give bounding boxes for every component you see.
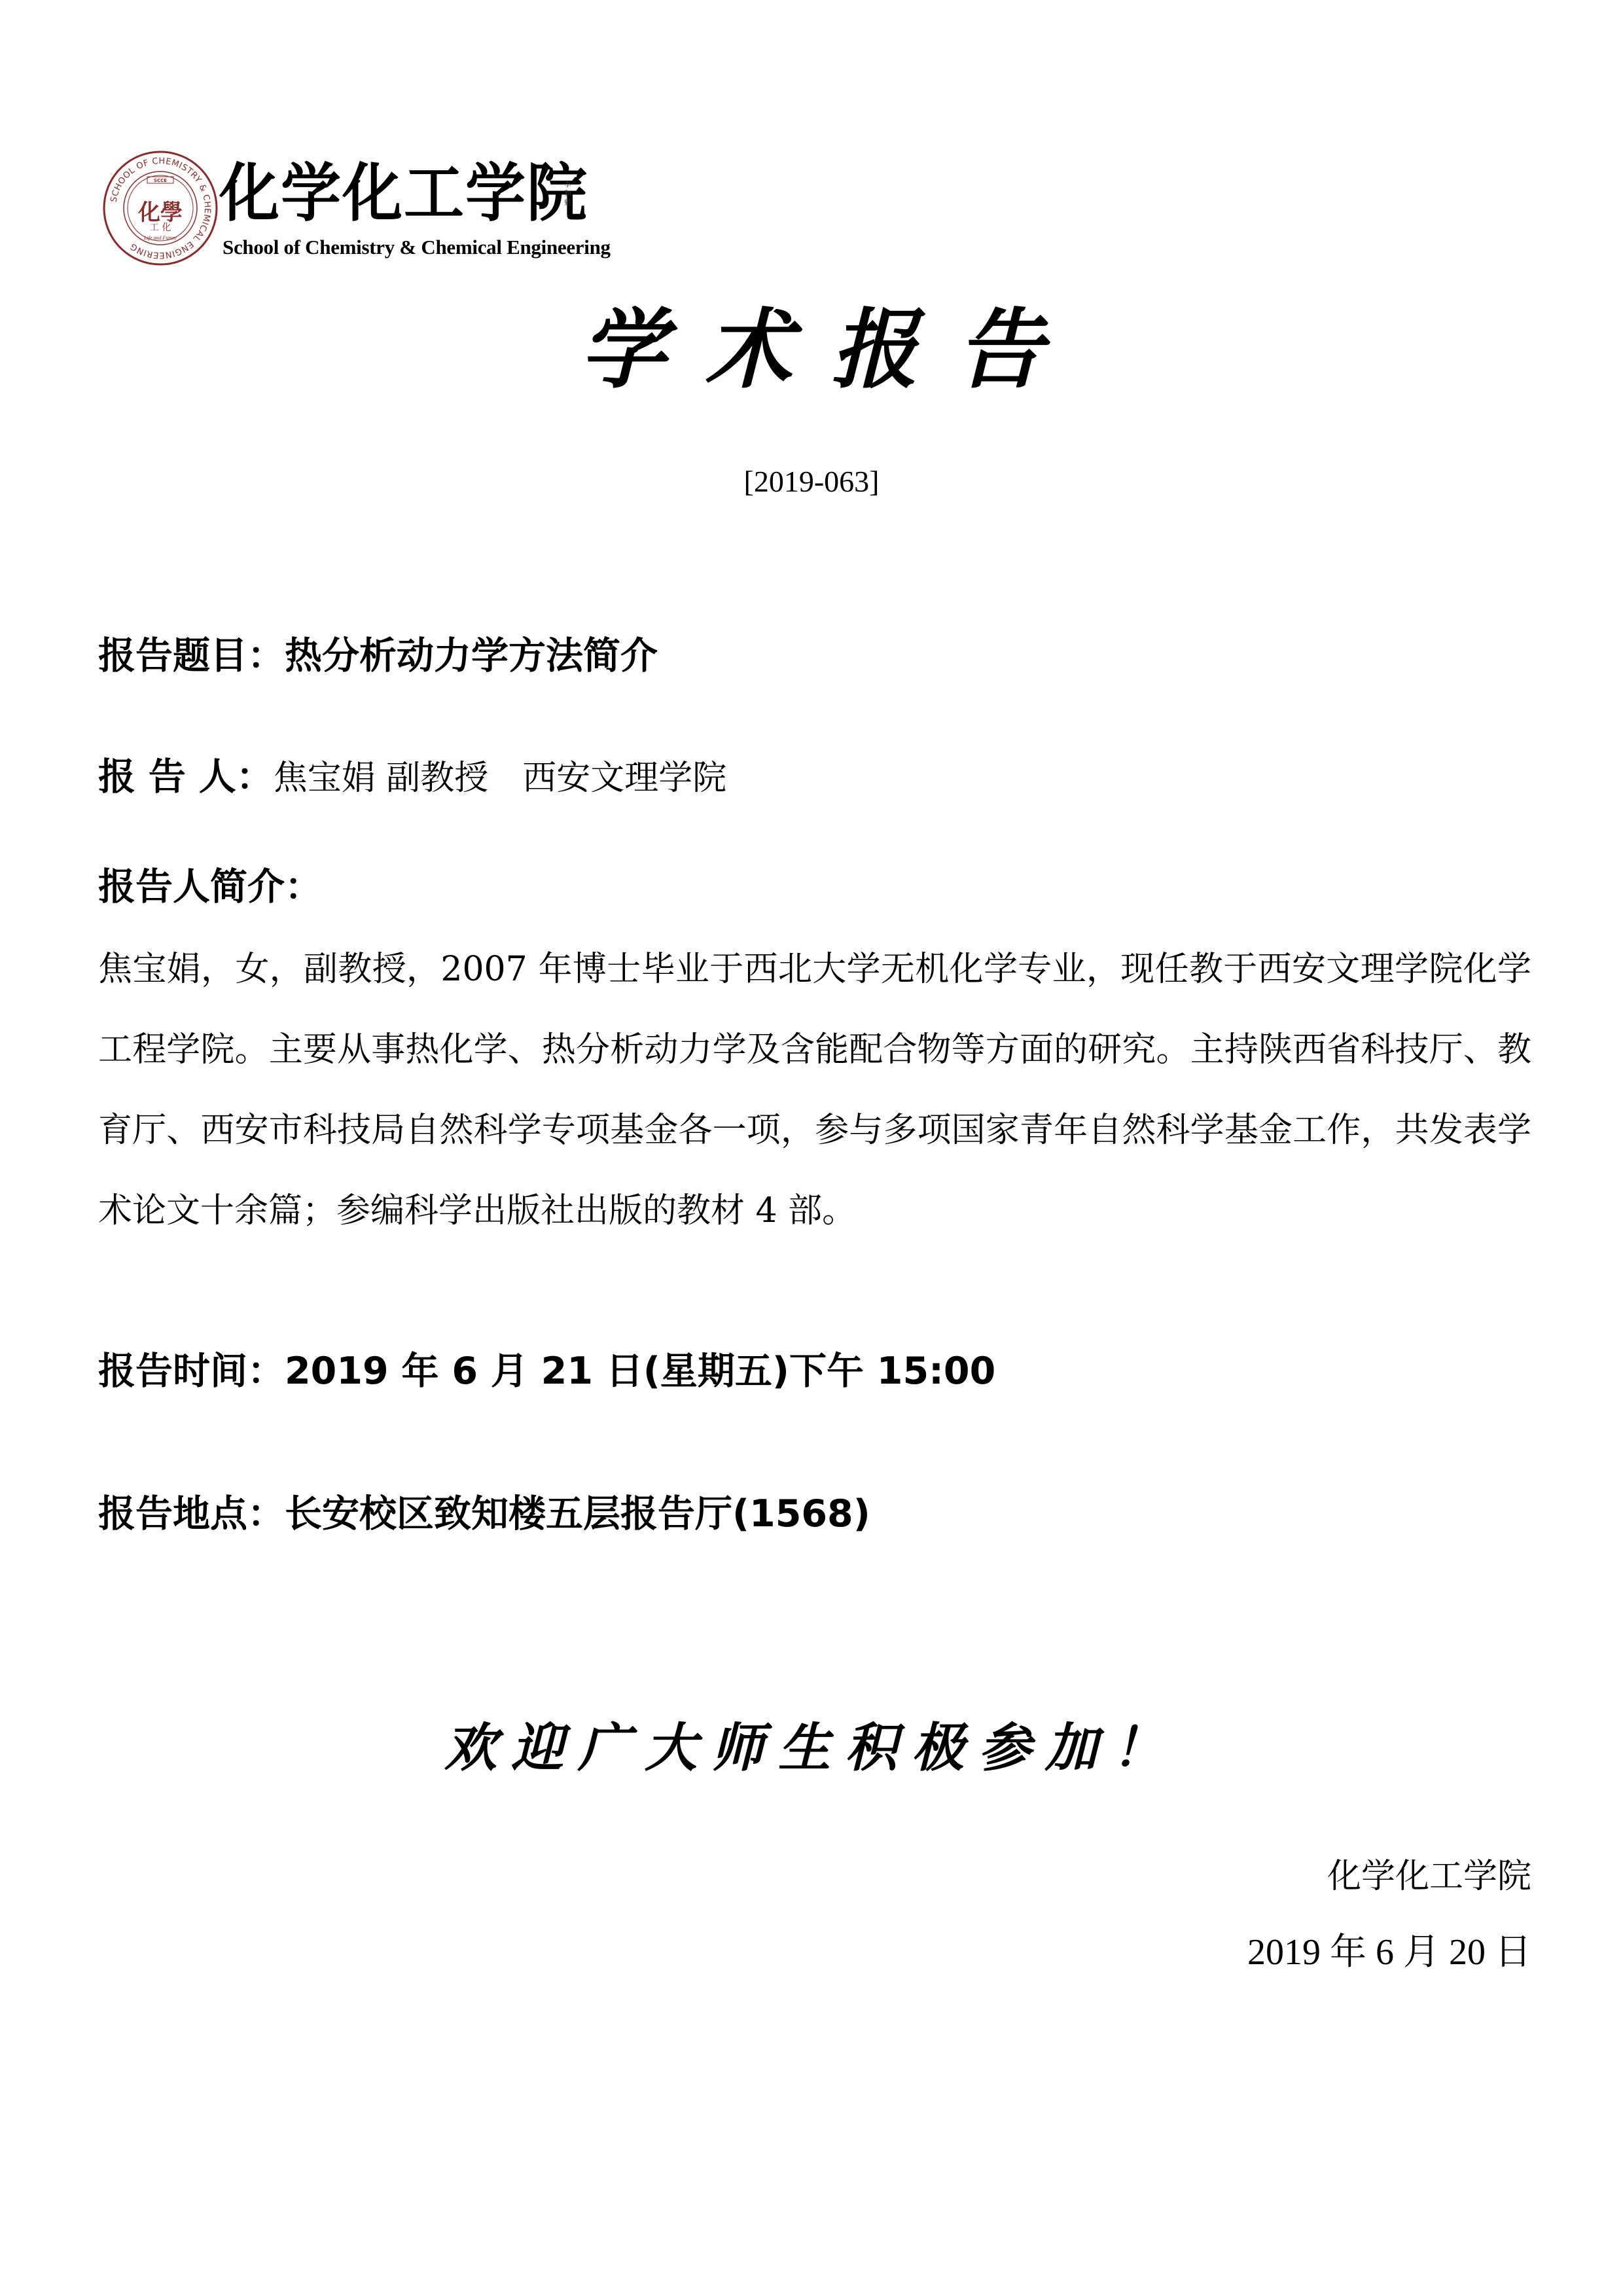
notice-page: SCHOOL OF CHEMISTRY & CHEMICAL ENGINEERI… xyxy=(0,0,1623,2296)
report-time: 报告时间：2019 年 6 月 21 日(星期五)下午 15:00 xyxy=(98,1348,995,1394)
school-name-en: School of Chemistry & Chemical Engineeri… xyxy=(223,234,611,260)
bio-label: 报告人简介： xyxy=(98,865,322,908)
svg-text:工 化: 工 化 xyxy=(150,223,171,233)
document-number: [2019-063] xyxy=(0,462,1623,501)
school-name-cn: 化学化工学院 xyxy=(219,159,588,228)
topic-value: 热分析动力学方法简介 xyxy=(285,634,658,677)
report-speaker: 报 告 人：焦宝娟 副教授 西安文理学院 xyxy=(98,754,726,801)
signature-date: 2019 年 6 月 20 日 xyxy=(1247,1929,1531,1975)
place-label: 报告地点： xyxy=(98,1492,285,1535)
topic-label: 报告题目： xyxy=(98,634,285,677)
signature-organizer: 化学化工学院 xyxy=(1327,1854,1531,1899)
time-label: 报告时间： xyxy=(98,1350,285,1393)
page-title: 学术报告 xyxy=(0,298,1623,403)
calligrapher-signature: 李和魁 xyxy=(564,180,575,207)
time-value: 2019 年 6 月 21 日(星期五)下午 15:00 xyxy=(285,1350,995,1393)
report-location: 报告地点：长安校区致知楼五层报告厅(1568) xyxy=(98,1491,870,1537)
report-topic: 报告题目：热分析动力学方法简介 xyxy=(98,633,658,679)
place-value: 长安校区致知楼五层报告厅(1568) xyxy=(285,1492,870,1535)
speaker-label: 报 告 人： xyxy=(98,755,274,798)
svg-text:SCCE: SCCE xyxy=(154,178,167,183)
speaker-bio-text: 焦宝娟，女，副教授，2007 年博士毕业于西北大学无机化学专业，现任教于西安文理… xyxy=(98,929,1531,1251)
speaker-bio-heading: 报告人简介： xyxy=(98,864,322,910)
school-seal-icon: SCHOOL OF CHEMISTRY & CHEMICAL ENGINEERI… xyxy=(101,149,219,267)
speaker-value: 焦宝娟 副教授 西安文理学院 xyxy=(274,759,727,798)
svg-text:化學: 化學 xyxy=(137,200,183,226)
school-header: SCHOOL OF CHEMISTRY & CHEMICAL ENGINEERI… xyxy=(98,144,622,275)
svg-text:Life and Future: Life and Future xyxy=(143,235,177,241)
welcome-message: 欢迎广大师生积极参加！ xyxy=(0,1712,1623,1784)
